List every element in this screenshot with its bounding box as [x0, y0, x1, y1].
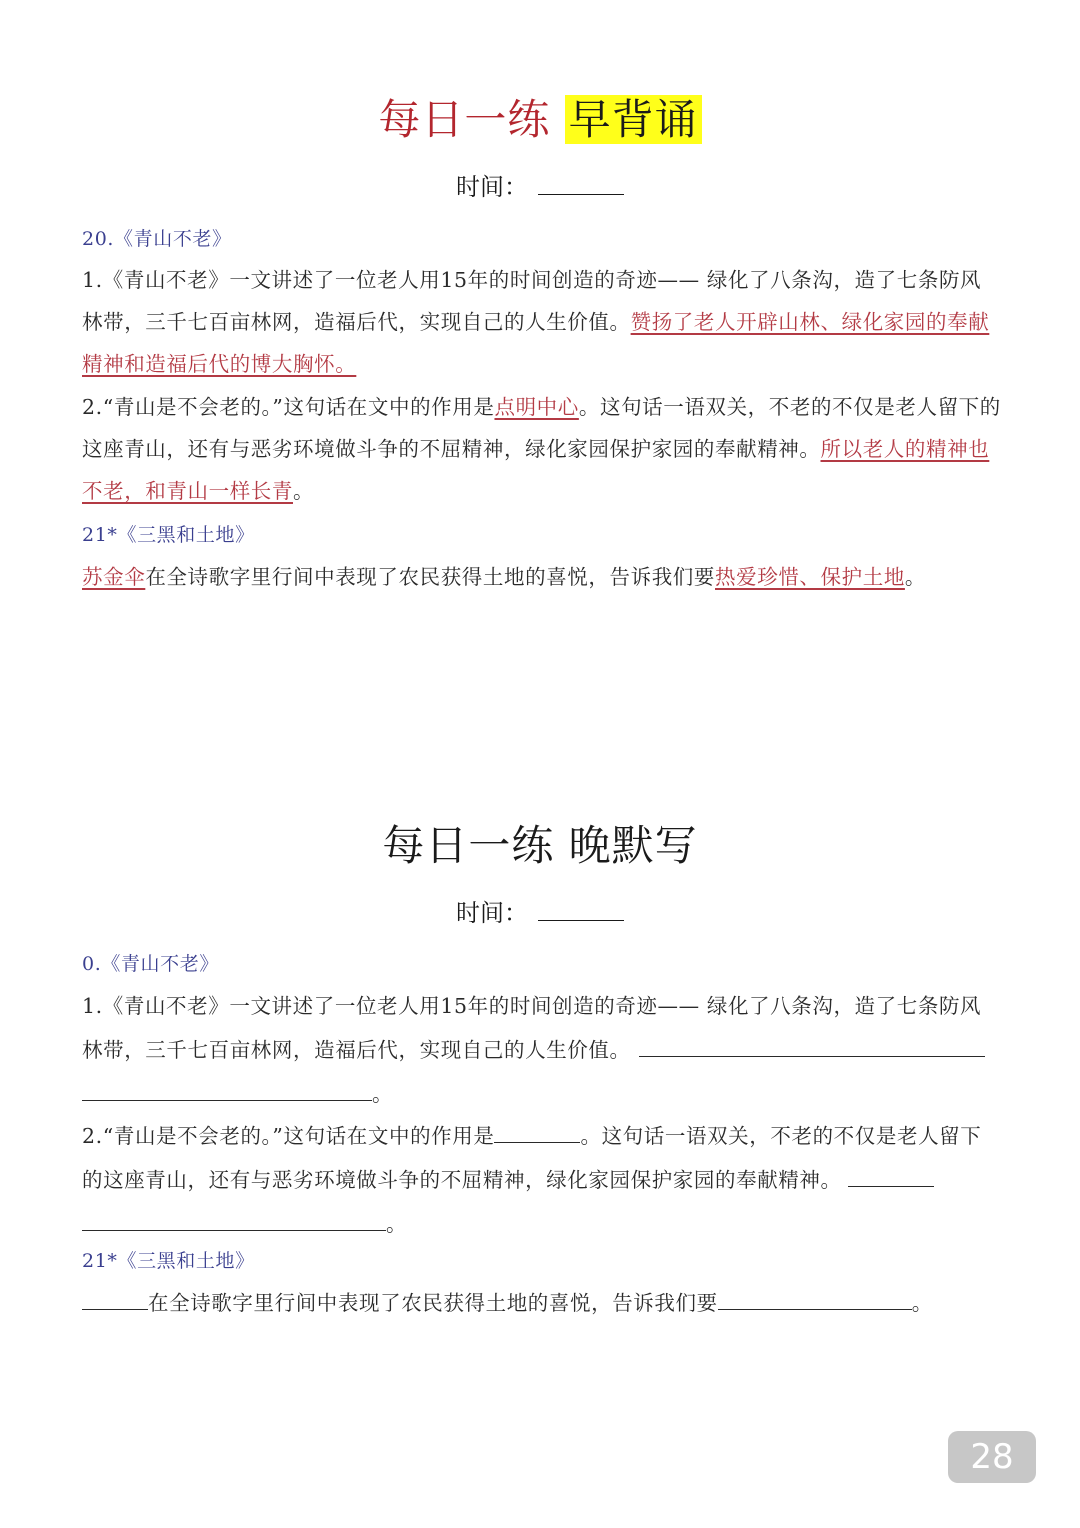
- evening-title: 每日一练 晚默写: [0, 818, 1080, 874]
- evening-time-label: 时间：: [456, 899, 528, 927]
- evening-time-row: 时间：: [0, 896, 1080, 930]
- morning-title: 每日一练 早背诵: [0, 92, 1080, 148]
- morning-title-highlight: 早背诵: [565, 95, 702, 144]
- morning-time-blank[interactable]: [538, 172, 624, 195]
- morning-q2-end: 。: [293, 479, 314, 503]
- morning-q2-answer-a: 点明中心: [494, 395, 578, 419]
- evening-time-blank[interactable]: [538, 898, 624, 921]
- morning-title-prefix: 每日一练: [378, 95, 564, 144]
- evening-lesson21-q: 在全诗歌字里行间中表现了农民获得土地的喜悦，告诉我们要。: [82, 1282, 1002, 1324]
- morning-q2-text-a: 2.“青山是不会老的。”这句话在文中的作用是: [82, 395, 494, 419]
- evening-lesson20-heading: 0.《青山不老》: [82, 947, 1002, 981]
- evening-q1-blank-2[interactable]: [82, 1080, 372, 1101]
- morning-q2: 2.“青山是不会老的。”这句话在文中的作用是点明中心。这句话一语双关，不老的不仅…: [82, 386, 1002, 512]
- morning-l21-answer-b: 热爱珍惜、保护土地: [715, 565, 905, 589]
- morning-l21-answer-a: 苏金伞: [82, 565, 145, 589]
- evening-l21-end: 。: [912, 1291, 933, 1315]
- morning-l21-end: 。: [905, 565, 926, 589]
- evening-l21-blank-1[interactable]: [82, 1289, 148, 1310]
- evening-q2-text-a: 2.“青山是不会老的。”这句话在文中的作用是: [82, 1124, 494, 1148]
- evening-q1-blank-1[interactable]: [639, 1036, 985, 1057]
- evening-lesson21-heading: 21*《三黑和土地》: [82, 1244, 1002, 1278]
- evening-q2-blank-3[interactable]: [82, 1210, 386, 1231]
- evening-q1-end: 。: [372, 1082, 393, 1106]
- morning-time-row: 时间：: [0, 170, 1080, 204]
- evening-q2: 2.“青山是不会老的。”这句话在文中的作用是。这句话一语双关，不老的不仅是老人留…: [82, 1114, 1002, 1246]
- evening-l21-blank-2[interactable]: [718, 1289, 912, 1310]
- morning-q1: 1.《青山不老》一文讲述了一位老人用15年的时间创造的奇迹—— 绿化了八条沟，造…: [82, 259, 1002, 385]
- morning-lesson20-heading: 20.《青山不老》: [82, 222, 1002, 256]
- worksheet-page: 每日一练 早背诵 时间： 20.《青山不老》 1.《青山不老》一文讲述了一位老人…: [0, 0, 1080, 1528]
- morning-time-label: 时间：: [456, 173, 528, 201]
- evening-q2-end: 。: [386, 1212, 407, 1236]
- page-number-badge: 28: [948, 1431, 1036, 1483]
- evening-l21-text: 在全诗歌字里行间中表现了农民获得土地的喜悦，告诉我们要: [148, 1291, 718, 1315]
- evening-q2-blank-1[interactable]: [494, 1122, 580, 1143]
- morning-lesson21-heading: 21*《三黑和土地》: [82, 518, 1002, 552]
- morning-lesson21-q: 苏金伞在全诗歌字里行间中表现了农民获得土地的喜悦，告诉我们要热爱珍惜、保护土地。: [82, 556, 1002, 598]
- morning-l21-text: 在全诗歌字里行间中表现了农民获得土地的喜悦，告诉我们要: [145, 565, 715, 589]
- evening-q1: 1.《青山不老》一文讲述了一位老人用15年的时间创造的奇迹—— 绿化了八条沟，造…: [82, 984, 1002, 1116]
- evening-q2-blank-2[interactable]: [848, 1166, 934, 1187]
